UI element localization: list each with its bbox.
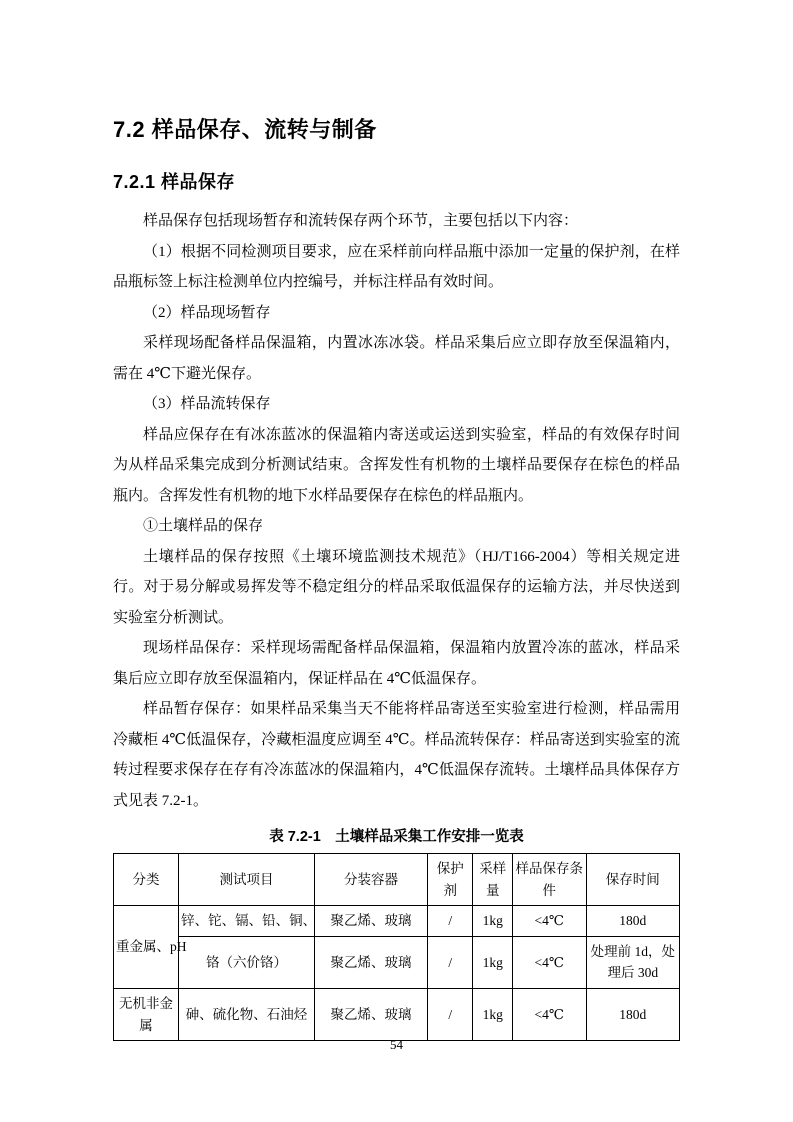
paragraph-item-2-body: 采样现场配备样品保温箱，内置冰冻冰袋。样品采集后应立即存放至保温箱内，需在 4℃… <box>113 328 680 389</box>
cell-category-inorganic: 无机非金属 <box>114 988 179 1040</box>
paragraph-item-2-title: （2）样品现场暂存 <box>113 298 680 329</box>
cell-category-heavy-metal: 重金属、pH <box>114 906 179 989</box>
cell-container: 聚乙烯、玻璃 <box>314 936 427 988</box>
cell-storage-time: 180d <box>586 906 679 937</box>
paragraph-soil-standard: 土壤样品的保存按照《土壤环境监测技术规范》（HJ/T166-2004）等相关规定… <box>113 542 680 634</box>
cell-protectant: / <box>428 988 473 1040</box>
table-header-row: 分类 测试项目 分装容器 保护剂 采样量 样品保存条件 保存时间 <box>114 854 680 906</box>
cell-protectant: / <box>428 936 473 988</box>
paragraph-temp-storage: 样品暂存保存：如果样品采集当天不能将样品寄送至实验室进行检测，样品需用冷藏柜 4… <box>113 694 680 816</box>
document-page: 7.2 样品保存、流转与制备 7.2.1 样品保存 样品保存包括现场暂存和流转保… <box>0 0 793 1122</box>
cell-storage-time: 处理前 1d，处理后 30d <box>586 936 679 988</box>
cell-storage-condition: <4℃ <box>513 906 587 937</box>
paragraph-item-1: （1）根据不同检测项目要求，应在采样前向样品瓶中添加一定量的保护剂，在样品瓶标签… <box>113 237 680 298</box>
document-content: 7.2 样品保存、流转与制备 7.2.1 样品保存 样品保存包括现场暂存和流转保… <box>113 116 680 1041</box>
cell-test-items: 锌、铊、镉、铅、铜、 <box>179 906 315 937</box>
cell-sample-amount: 1kg <box>473 988 513 1040</box>
header-storage-time: 保存时间 <box>586 854 679 906</box>
header-container: 分装容器 <box>314 854 427 906</box>
cell-container: 聚乙烯、玻璃 <box>314 906 427 937</box>
cell-storage-condition: <4℃ <box>513 936 587 988</box>
paragraph-field-storage: 现场样品保存：采样现场需配备样品保温箱，保温箱内放置冷冻的蓝冰，样品采集后应立即… <box>113 633 680 694</box>
table-row: 无机非金属 砷、硫化物、石油烃 聚乙烯、玻璃 / 1kg <4℃ 180d <box>114 988 680 1040</box>
header-sample-amount: 采样量 <box>473 854 513 906</box>
table-row: 重金属、pH 锌、铊、镉、铅、铜、 聚乙烯、玻璃 / 1kg <4℃ 180d <box>114 906 680 937</box>
subsection-heading: 7.2.1 样品保存 <box>113 171 680 194</box>
cell-storage-condition: <4℃ <box>513 988 587 1040</box>
cell-sample-amount: 1kg <box>473 936 513 988</box>
cell-test-items: 铬（六价铬） <box>179 936 315 988</box>
paragraph-item-3-title: （3）样品流转保存 <box>113 389 680 420</box>
cell-test-items: 砷、硫化物、石油烃 <box>179 988 315 1040</box>
table-row: 铬（六价铬） 聚乙烯、玻璃 / 1kg <4℃ 处理前 1d，处理后 30d <box>114 936 680 988</box>
sample-collection-table: 分类 测试项目 分装容器 保护剂 采样量 样品保存条件 保存时间 重金属、pH … <box>113 853 680 1041</box>
cell-sample-amount: 1kg <box>473 906 513 937</box>
paragraph-intro: 样品保存包括现场暂存和流转保存两个环节，主要包括以下内容： <box>113 206 680 237</box>
paragraph-soil-subtitle: ①土壤样品的保存 <box>113 511 680 542</box>
cell-protectant: / <box>428 906 473 937</box>
cell-container: 聚乙烯、玻璃 <box>314 988 427 1040</box>
table-caption: 表 7.2-1 土壤样品采集工作安排一览表 <box>113 825 680 846</box>
section-heading: 7.2 样品保存、流转与制备 <box>113 116 680 144</box>
header-storage-condition: 样品保存条件 <box>513 854 587 906</box>
paragraph-item-3-body: 样品应保存在有冰冻蓝冰的保温箱内寄送或运送到实验室，样品的有效保存时间为从样品采… <box>113 420 680 512</box>
header-test-items: 测试项目 <box>179 854 315 906</box>
header-category: 分类 <box>114 854 179 906</box>
header-protectant: 保护剂 <box>428 854 473 906</box>
cell-storage-time: 180d <box>586 988 679 1040</box>
page-number: 54 <box>0 1037 793 1053</box>
